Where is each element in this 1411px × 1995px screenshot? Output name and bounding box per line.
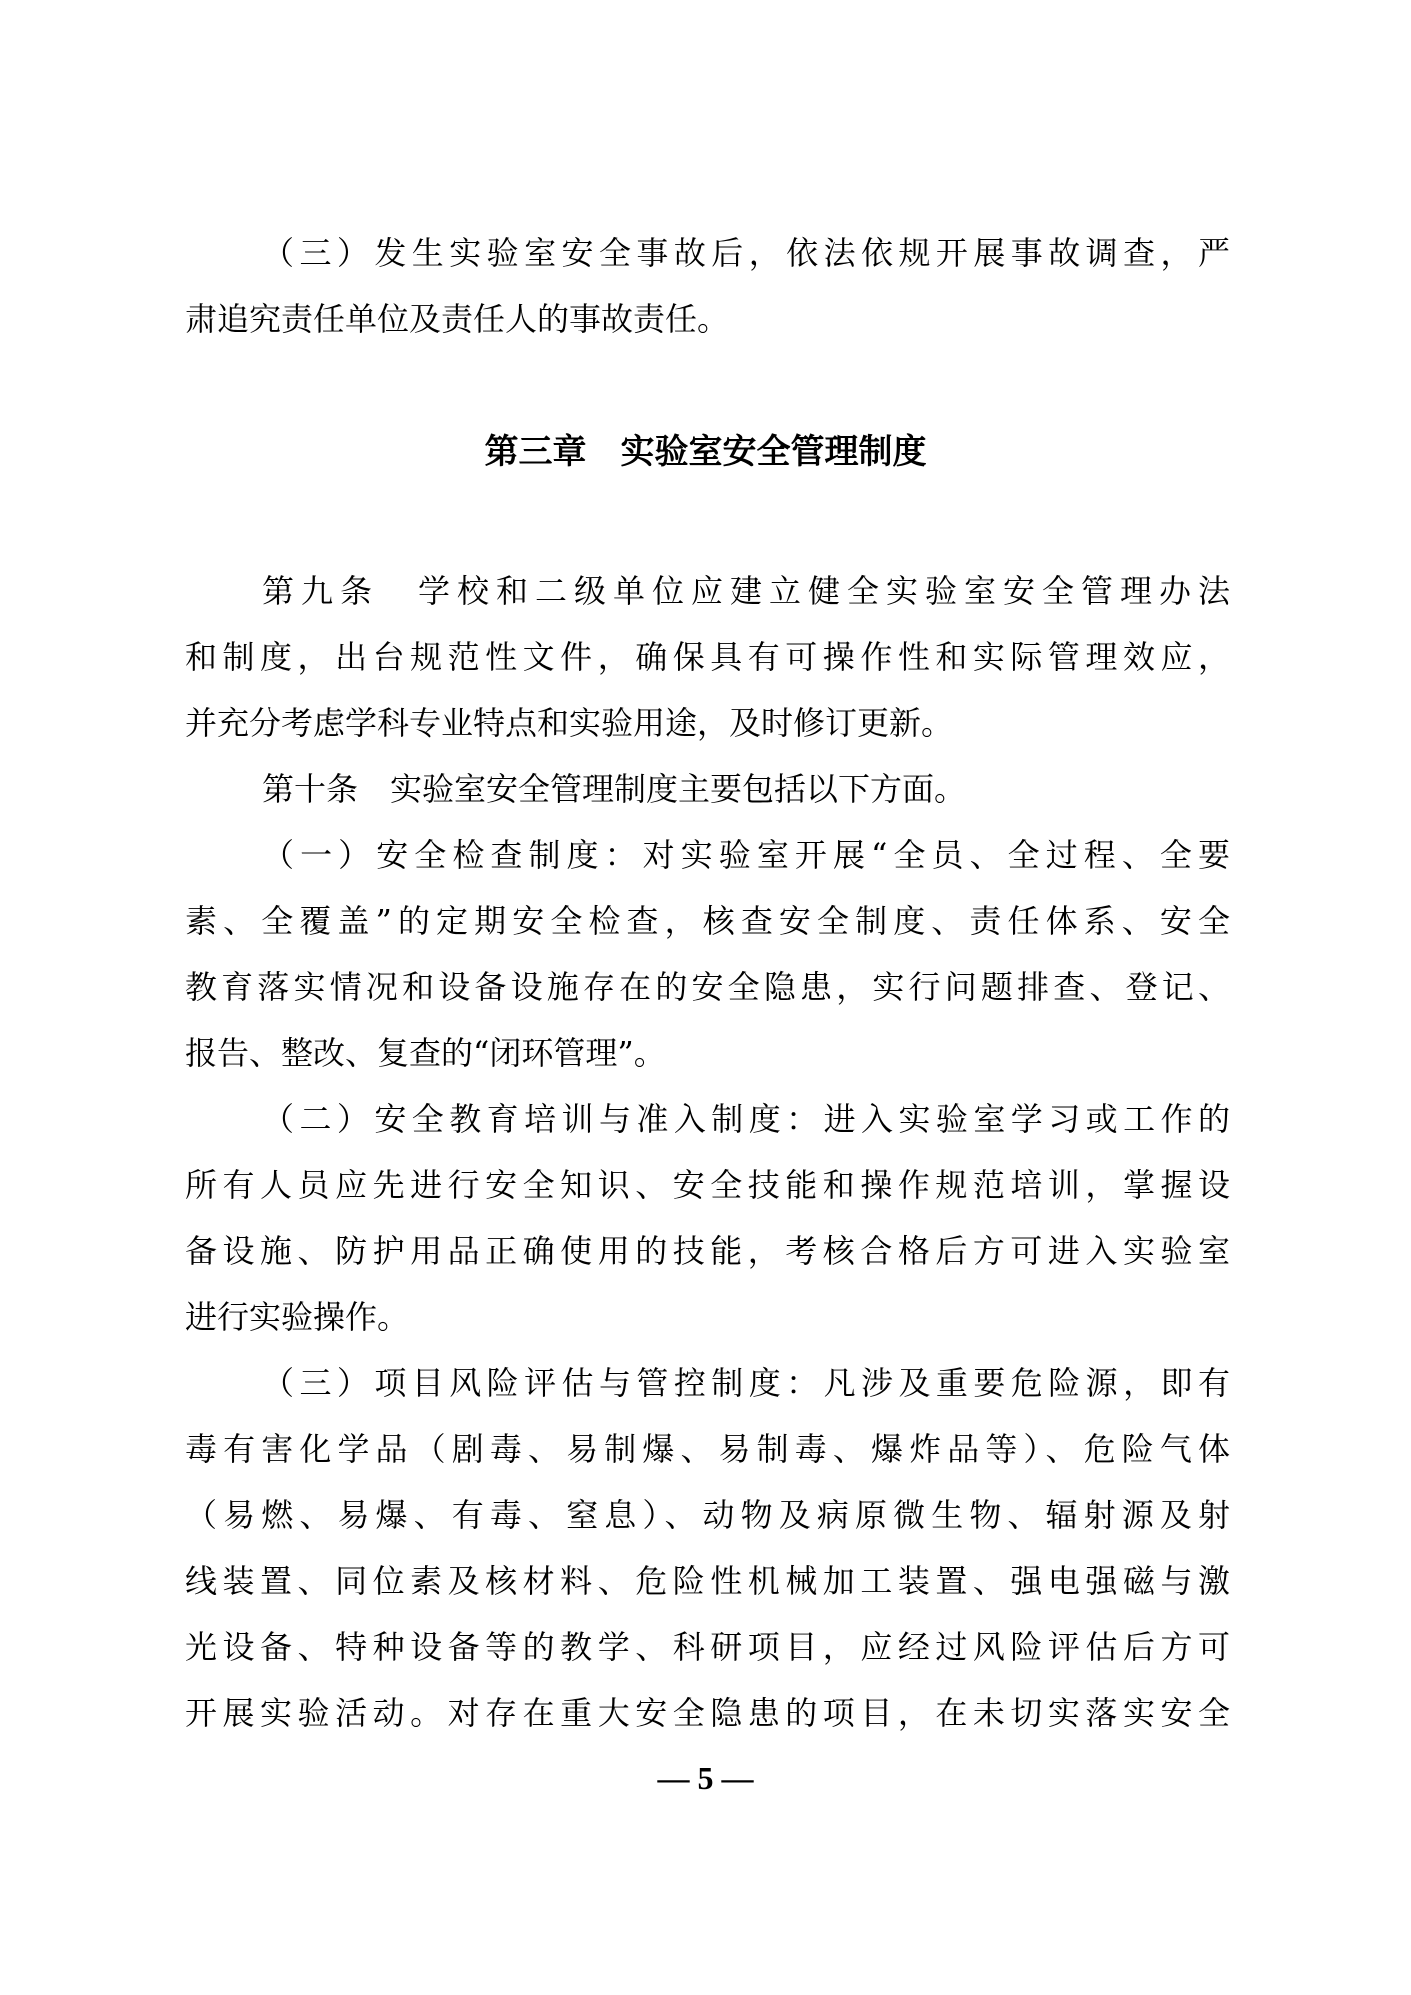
page-number: — 5 — — [0, 1758, 1411, 1798]
paragraph-line: 所有人员应先进行安全知识、安全技能和操作规范培训，掌握设 — [185, 1165, 1230, 1205]
chapter-title: 第三章 实验室安全管理制度 — [0, 430, 1411, 474]
paragraph-line: 和制度，出台规范性文件，确保具有可操作性和实际管理效应， — [185, 637, 1230, 677]
paragraph-line: 光设备、特种设备等的教学、科研项目，应经过风险评估后方可 — [185, 1627, 1230, 1667]
paragraph-line: （一）安全检查制度：对实验室开展“全员、全过程、全要 — [262, 835, 1230, 875]
paragraph-line: 并充分考虑学科专业特点和实验用途，及时修订更新。 — [185, 703, 1230, 743]
paragraph-line: 线装置、同位素及核材料、危险性机械加工装置、强电强磁与激 — [185, 1561, 1230, 1601]
paragraph-line: 教育落实情况和设备设施存在的安全隐患，实行问题排查、登记、 — [185, 967, 1230, 1007]
paragraph-line: 开展实验活动。对存在重大安全隐患的项目，在未切实落实安全 — [185, 1693, 1230, 1733]
paragraph-line: 第十条 实验室安全管理制度主要包括以下方面。 — [262, 769, 1230, 809]
paragraph-line: 毒有害化学品（剧毒、易制爆、易制毒、爆炸品等）、危险气体 — [185, 1429, 1230, 1469]
paragraph-line: （三）项目风险评估与管控制度：凡涉及重要危险源，即有 — [262, 1363, 1230, 1403]
paragraph-line: （易燃、易爆、有毒、窒息）、动物及病原微生物、辐射源及射 — [185, 1495, 1230, 1535]
paragraph-line: （二）安全教育培训与准入制度：进入实验室学习或工作的 — [262, 1099, 1230, 1139]
paragraph-line: 报告、整改、复查的“闭环管理”。 — [185, 1033, 1230, 1073]
paragraph-line: （三）发生实验室安全事故后，依法依规开展事故调查，严 — [262, 233, 1230, 273]
paragraph-line: 素、全覆盖”的定期安全检查，核查安全制度、责任体系、安全 — [185, 901, 1230, 941]
paragraph-line: 进行实验操作。 — [185, 1297, 1230, 1337]
paragraph-line: 备设施、防护用品正确使用的技能，考核合格后方可进入实验室 — [185, 1231, 1230, 1271]
paragraph-line: 第九条 学校和二级单位应建立健全实验室安全管理办法 — [262, 571, 1230, 611]
document-page: （三）发生实验室安全事故后，依法依规开展事故调查，严 肃追究责任单位及责任人的事… — [0, 0, 1411, 1995]
paragraph-line: 肃追究责任单位及责任人的事故责任。 — [185, 299, 1230, 339]
